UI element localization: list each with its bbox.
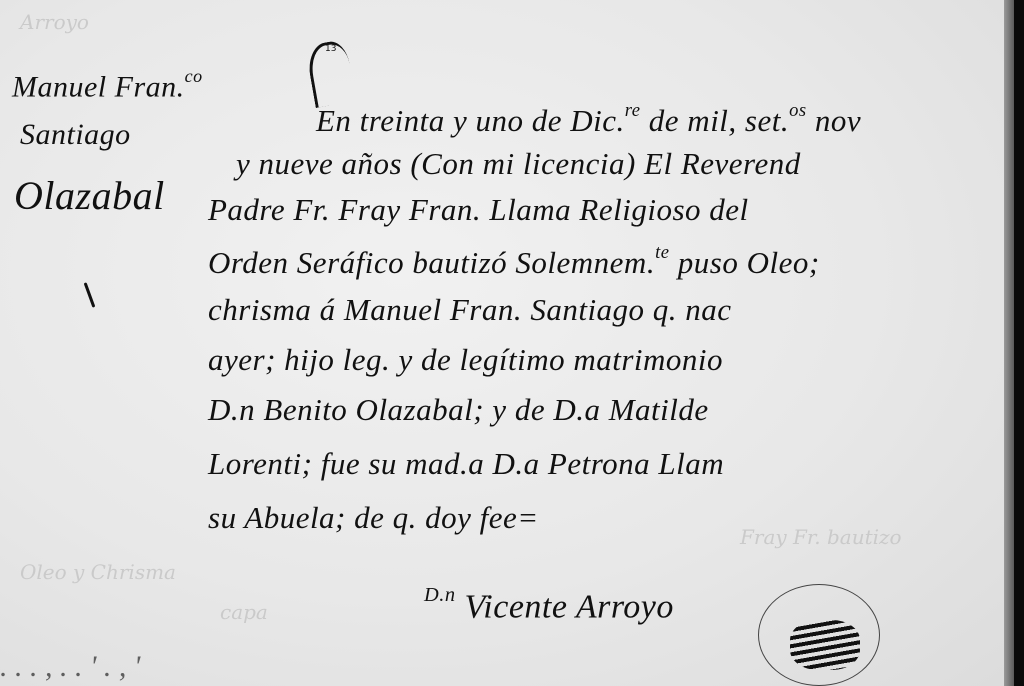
bleed-through-text: Oleo y Chrisma [20, 560, 176, 584]
record-line-6: ayer; hijo leg. y de legítimo matrimonio [208, 342, 723, 378]
margin-name-surname: Olazabal [14, 172, 165, 219]
record-line-2: y nueve años (Con mi licencia) El Revere… [236, 146, 801, 182]
scan-border [1014, 0, 1024, 686]
next-entry-cutoff: . . . , . . ' . , ' [0, 650, 140, 684]
record-line-9: su Abuela; de q. doy fee= [208, 500, 539, 536]
record-line-1: En treinta y uno de Dic.re de mil, set.o… [316, 100, 861, 139]
record-line-8: Lorenti; fue su mad.a D.a Petrona Llam [208, 446, 724, 482]
page-edge-shadow [1004, 0, 1014, 686]
record-line-7: D.n Benito Olazabal; y de D.a Matilde [208, 392, 709, 428]
bleed-through-text: capa [220, 600, 268, 624]
record-line-5: chrisma á Manuel Fran. Santiago q. nac [208, 292, 732, 328]
margin-name-first: Manuel Fran.co [12, 66, 203, 104]
margin-name-second: Santiago [20, 118, 131, 152]
bleed-through-text: Arroyo [20, 10, 89, 34]
record-line-3: Padre Fr. Fray Fran. Llama Religioso del [208, 192, 749, 228]
folio-number: 13 [325, 44, 336, 54]
signature-rubric-flourish [790, 620, 860, 670]
bleed-through-text: Fray Fr. bautizo [740, 525, 902, 549]
record-line-4: Orden Seráfico bautizó Solemnem.te puso … [208, 242, 820, 281]
priest-signature: D.n Vicente Arroyo [424, 584, 674, 626]
